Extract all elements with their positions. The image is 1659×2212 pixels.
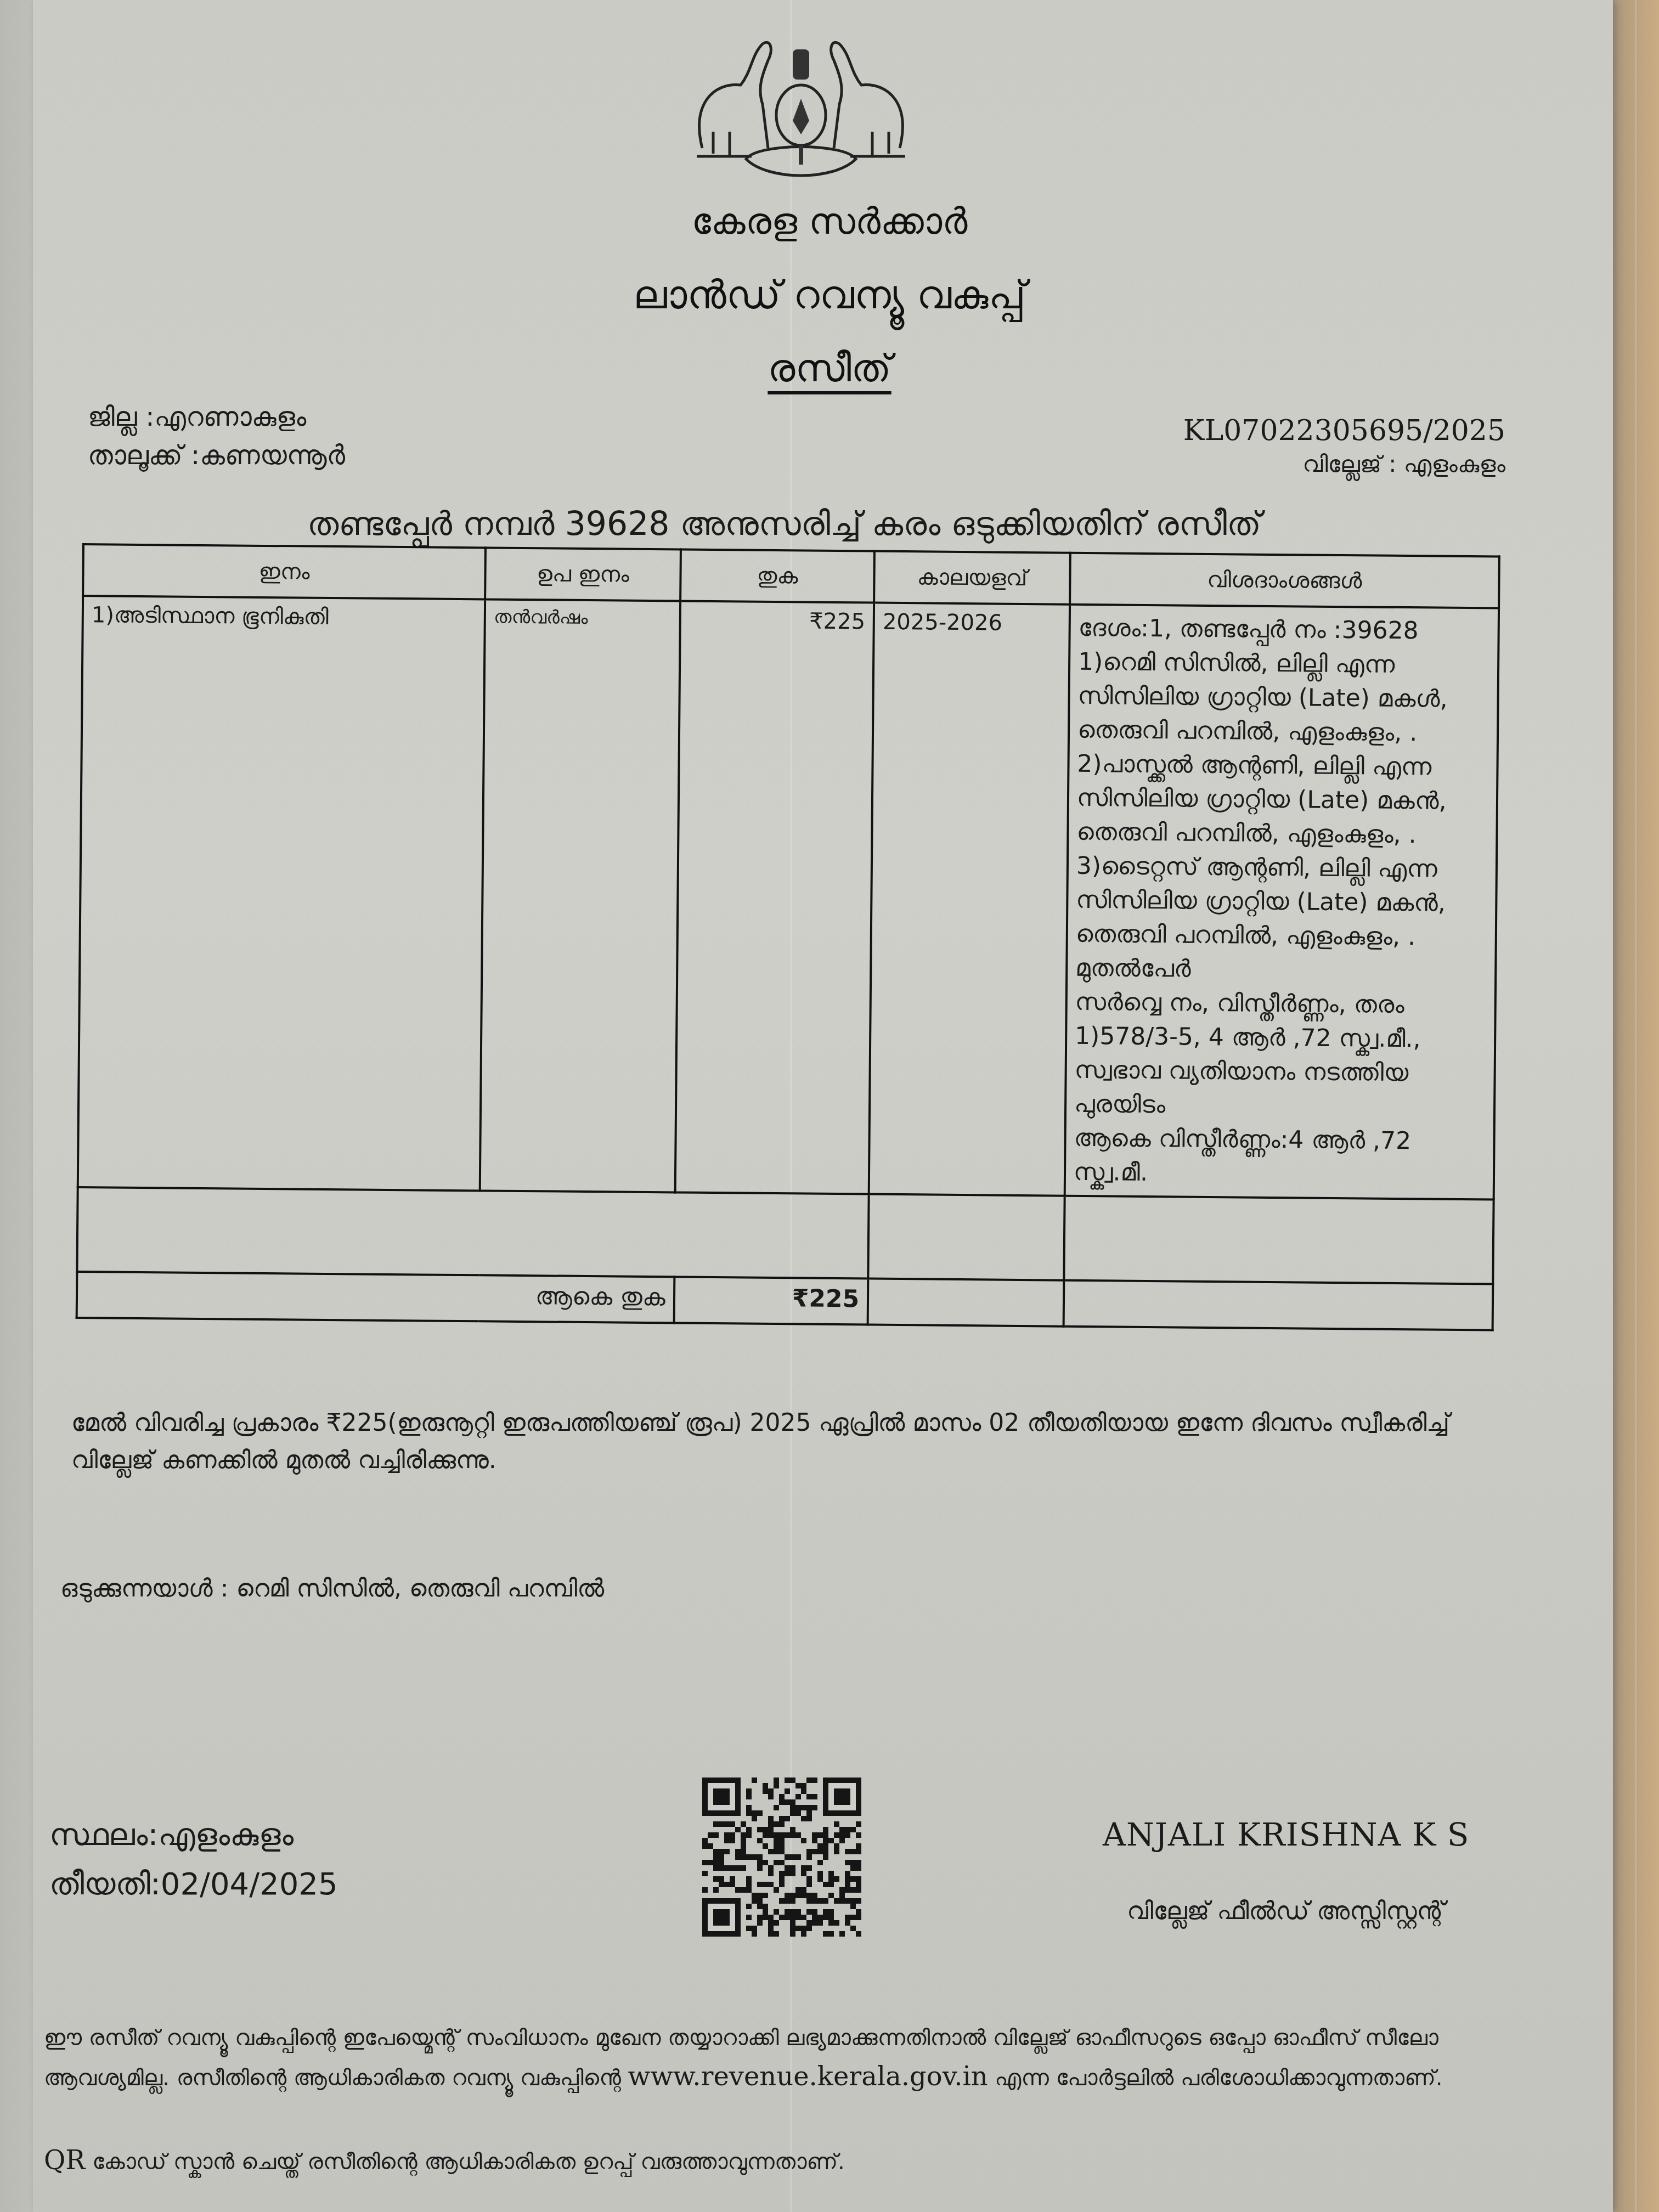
- col-header-item: ഇനം: [83, 544, 486, 599]
- taluk-value: കണയന്നൂർ: [200, 440, 345, 471]
- details-line: 3)ടൈറ്റസ് ആന്റണി, ലില്ലി എന്ന: [1076, 849, 1488, 887]
- receipt-meta: KL07022305695/2025 വില്ലേജ് : എളംകുളം: [1183, 414, 1505, 478]
- details-line: തെരുവി പറമ്പിൽ, എളംകുളം, .: [1076, 815, 1488, 853]
- receipt-number: KL07022305695/2025: [1183, 414, 1505, 447]
- empty-cell: [868, 1194, 1065, 1280]
- district-value: എറണാകുളം: [154, 402, 306, 432]
- cell-amount: ₹225: [675, 601, 874, 1194]
- taluk-label: താലൂക്ക് :: [88, 440, 200, 471]
- document-title-text: രസീത്: [768, 346, 891, 391]
- tax-table: ഇനം ഉപ ഇനം തുക കാലയളവ് വിശദാംശങ്ങൾ 1)അടി…: [76, 543, 1500, 1331]
- date-value: 02/04/2025: [161, 1866, 338, 1902]
- col-header-amount: തുക: [680, 550, 874, 603]
- details-line: സിസിലിയ ഗ്രാറ്റിയ (Late) മകൾ,: [1077, 679, 1489, 717]
- kerala-emblem-icon: [680, 22, 922, 187]
- village-row: വില്ലേജ് : എളംകുളം: [1183, 450, 1505, 478]
- total-label: ആകെ തുക: [77, 1272, 674, 1323]
- date-label: തീയതി:: [49, 1866, 161, 1902]
- signatory-role: വില്ലേജ് ഫീൽഡ് അസ്സിസ്റ്റന്റ്: [1103, 1897, 1469, 1925]
- district-label: ജില്ല :: [88, 402, 154, 432]
- details-line: ആകെ വിസ്തീർണ്ണം:4 ആർ ,72 സ്ക്വ.മീ.: [1074, 1121, 1486, 1193]
- details-line: സിസിലിയ ഗ്രാറ്റിയ (Late) മകൻ,: [1076, 883, 1488, 921]
- details-line: തെരുവി പറമ്പിൽ, എളംകുളം, .: [1075, 917, 1487, 955]
- government-name: കേരള സർക്കാർ: [0, 200, 1659, 244]
- table-row-empty: [77, 1187, 1493, 1284]
- qr-note: QR കോഡ് സ്കാൻ ചെയ്ത് രസീതിന്റെ ആധികാരികത…: [44, 2141, 1536, 2181]
- footer-notes: ഈ രസീത് റവന്യൂ വകുപ്പിന്റെ ഇപേയ്മെന്റ് സ…: [44, 2019, 1536, 2181]
- empty-cell: [1064, 1196, 1493, 1284]
- empty-cell: [1064, 1280, 1493, 1330]
- district-row: ജില്ല :എറണാകുളം: [88, 398, 345, 436]
- authenticity-note: ഈ രസീത് റവന്യൂ വകുപ്പിന്റെ ഇപേയ്മെന്റ് സ…: [44, 2019, 1536, 2097]
- signatory-name: ANJALI KRISHNA K S: [1103, 1816, 1469, 1853]
- details-line: 2)പാസ്ക്കൽ ആന്റണി, ലില്ലി എന്ന: [1077, 747, 1489, 785]
- col-header-details: വിശദാംശങ്ങൾ: [1070, 553, 1499, 608]
- village-value: എളംകുളം: [1404, 450, 1505, 477]
- qr-prefix: QR: [44, 2145, 86, 2176]
- paper-fold: [1635, 0, 1637, 2212]
- details-line: ദേശം:1, തണ്ടപ്പേർ നം :39628: [1078, 611, 1490, 649]
- table-row: 1)അടിസ്ഥാന ഭൂനികുതി തൻവർഷം ₹225 2025-202…: [78, 596, 1499, 1199]
- cell-details: ദേശം:1, തണ്ടപ്പേർ നം :396281)റെമി സിസിൽ,…: [1065, 605, 1499, 1200]
- payment-confirmation: മേൽ വിവരിച്ച പ്രകാരം ₹225(ഇരുനൂറ്റി ഇരുപ…: [71, 1404, 1531, 1479]
- location-meta: ജില്ല :എറണാകുളം താലൂക്ക് :കണയന്നൂർ: [88, 398, 345, 475]
- details-line: 1)578/3-5, 4 ആർ ,72 സ്ക്വ.മീ.,: [1075, 1019, 1487, 1057]
- cell-sub-item: തൻവർഷം: [480, 599, 680, 1192]
- empty-cell: [868, 1279, 1064, 1327]
- place-date: സ്ഥലം:എളംകുളം തീയതി:02/04/2025: [49, 1810, 338, 1909]
- qr-code-icon[interactable]: [702, 1775, 861, 1939]
- document-title: രസീത്: [0, 346, 1659, 391]
- department-name: ലാൻഡ് റവന്യൂ വകുപ്പ്: [0, 272, 1659, 319]
- cell-item: 1)അടിസ്ഥാന ഭൂനികുതി: [78, 596, 486, 1190]
- details-line: സിസിലിയ ഗ്രാറ്റിയ (Late) മകൻ,: [1077, 781, 1489, 819]
- date-row: തീയതി:02/04/2025: [49, 1860, 338, 1909]
- details-line: സ്വഭാവ വ്യതിയാനം നടത്തിയ: [1074, 1053, 1486, 1091]
- place-row: സ്ഥലം:എളംകുളം: [49, 1810, 338, 1860]
- note-text: എന്ന പോർട്ടലിൽ പരിശോധിക്കാവുന്നതാണ്.: [988, 2066, 1443, 2091]
- empty-cell: [77, 1187, 868, 1279]
- cell-period: 2025-2026: [869, 603, 1070, 1196]
- place-label: സ്ഥലം:: [49, 1817, 158, 1853]
- details-line: തെരുവി പറമ്പിൽ, എളംകുളം, .: [1077, 713, 1489, 751]
- details-line: സർവ്വെ നം, വിസ്തീർണ്ണം, തരം: [1075, 985, 1487, 1023]
- village-label: വില്ലേജ് :: [1303, 450, 1404, 477]
- payer-info: ഒടുക്കുന്നയാൾ : റെമി സിസിൽ, തെരുവി പറമ്പ…: [60, 1575, 604, 1602]
- place-value: എളംകുളം: [158, 1817, 294, 1853]
- col-header-period: കാലയളവ്: [874, 551, 1070, 605]
- portal-link[interactable]: www.revenue.kerala.gov.in: [628, 2061, 988, 2092]
- total-amount: ₹225: [674, 1277, 868, 1324]
- receipt-subject: തണ്ടപ്പേർ നമ്പർ 39628 അനുസരിച്ച് കരം ഒടു…: [307, 505, 1261, 543]
- signatory: ANJALI KRISHNA K S വില്ലേജ് ഫീൽഡ് അസ്സിസ…: [1103, 1816, 1469, 1925]
- col-header-sub-item: ഉപ ഇനം: [485, 548, 680, 601]
- details-line: 1)റെമി സിസിൽ, ലില്ലി എന്ന: [1078, 645, 1490, 683]
- details-line: പുരയിടം: [1074, 1087, 1486, 1125]
- details-line: മുതൽപേർ: [1075, 951, 1487, 989]
- qr-note-text: കോഡ് സ്കാൻ ചെയ്ത് രസീതിന്റെ ആധികാരികത ഉറ…: [86, 2149, 845, 2175]
- taluk-row: താലൂക്ക് :കണയന്നൂർ: [88, 436, 345, 475]
